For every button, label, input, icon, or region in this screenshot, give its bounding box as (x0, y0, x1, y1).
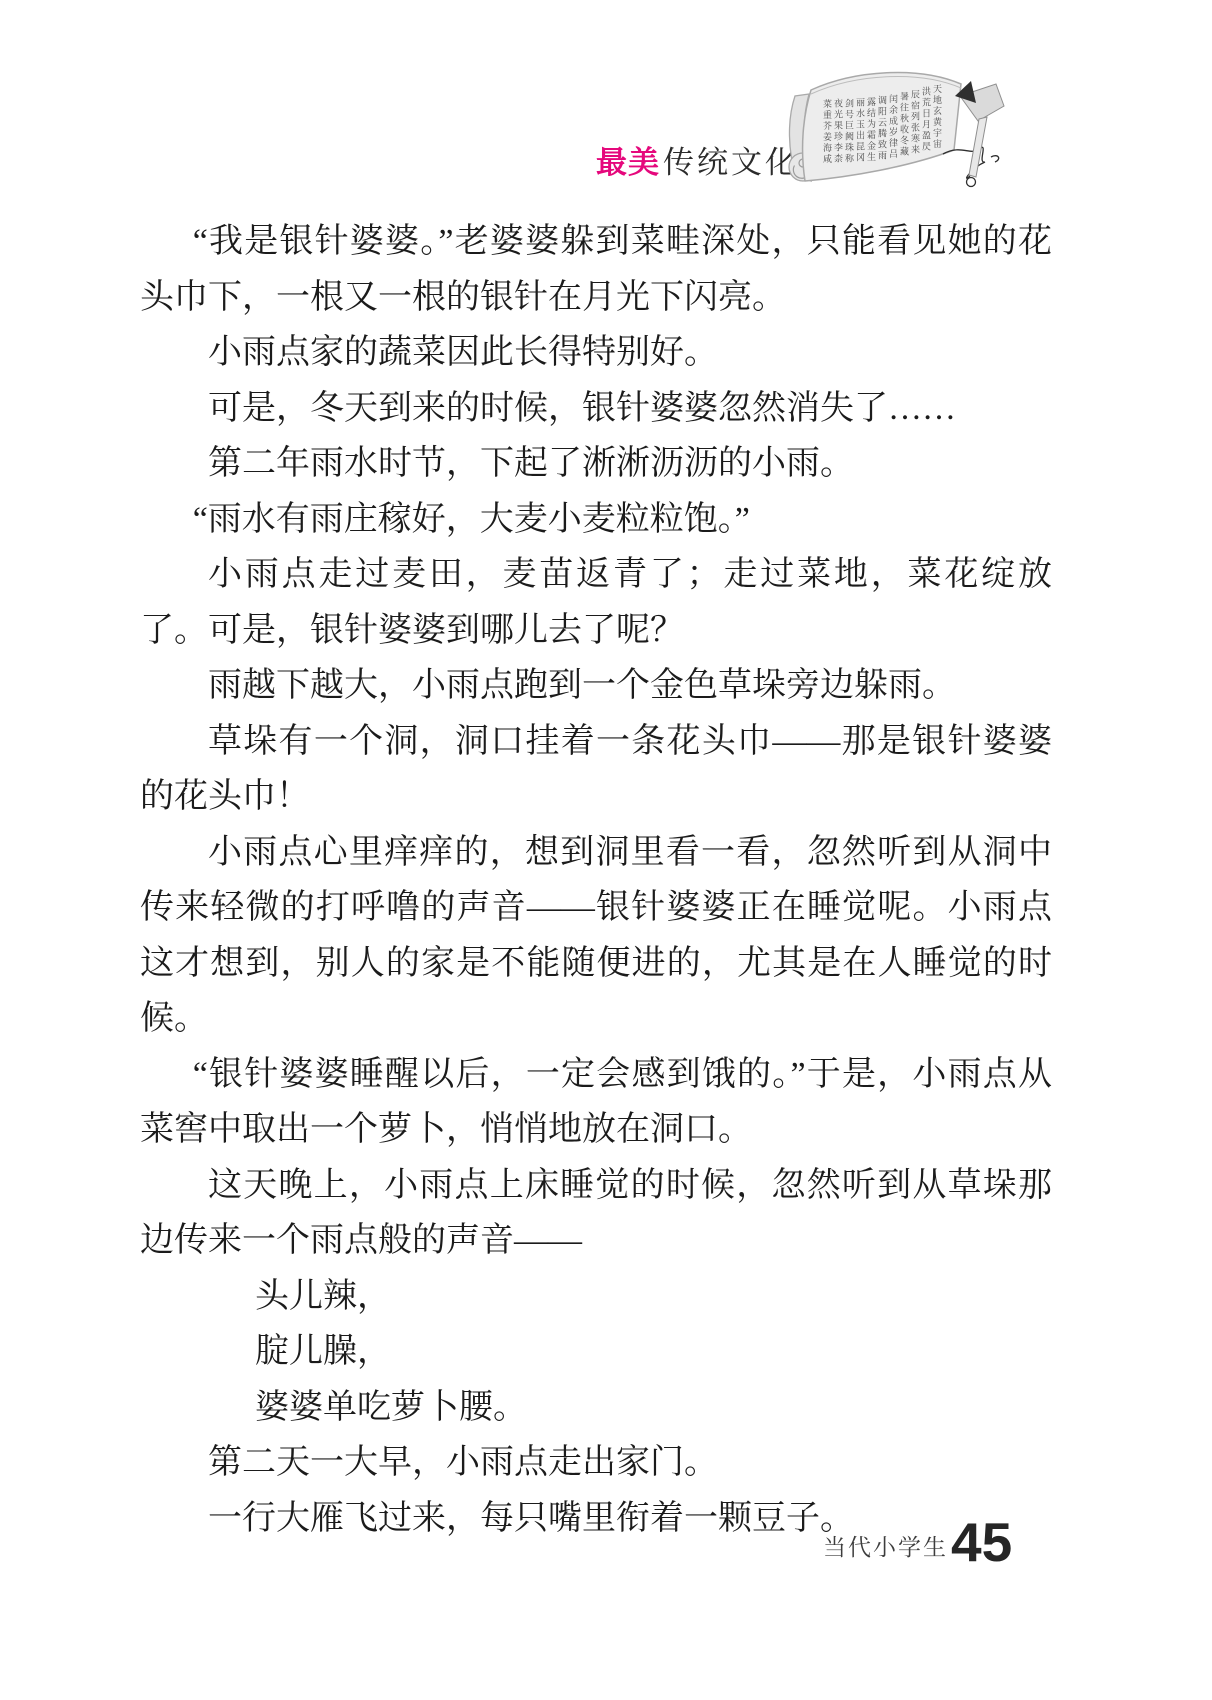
svg-text:云: 云 (878, 118, 887, 128)
svg-text:金: 金 (867, 140, 876, 151)
story-paragraph: 小雨点走过麦田，麦苗返青了；走过菜地，菜花绽放了。可是，银针婆婆到哪儿去了呢？ (140, 547, 1052, 658)
svg-text:昃: 昃 (922, 142, 931, 152)
verse-line: 婆婆单吃萝卜腰。 (255, 1380, 1052, 1436)
svg-text:玉: 玉 (856, 120, 865, 130)
svg-text:来: 来 (911, 143, 920, 154)
svg-text:日: 日 (922, 109, 931, 119)
svg-text:岁: 岁 (889, 126, 898, 137)
story-paragraph: 这天晚上，小雨点上床睡觉的时候，忽然听到从草垛那边传来一个雨点般的声音—— (140, 1158, 1052, 1269)
svg-text:宿: 宿 (911, 99, 920, 110)
svg-text:调: 调 (878, 96, 887, 106)
svg-text:荒: 荒 (922, 97, 931, 108)
story-paragraph: 草垛有一个洞，洞口挂着一条花头巾——那是银针婆婆的花头巾！ (140, 714, 1052, 825)
svg-text:吕: 吕 (889, 149, 898, 159)
magazine-name: 当代小学生 (823, 1536, 948, 1559)
svg-text:黄: 黄 (933, 116, 943, 127)
pen-shaft (969, 117, 987, 177)
svg-text:藏: 藏 (900, 146, 909, 157)
svg-text:雨: 雨 (878, 151, 887, 161)
verse-line: 腚儿臊， (255, 1324, 1052, 1380)
svg-text:月: 月 (922, 120, 931, 130)
svg-text:辰: 辰 (911, 89, 920, 99)
story-paragraph: 小雨点家的蔬菜因此长得特别好。 (140, 325, 1052, 381)
story-paragraph: 可是，冬天到来的时候，银针婆婆忽然消失了…… (140, 381, 1052, 437)
svg-text:结: 结 (867, 107, 876, 118)
svg-text:重: 重 (823, 109, 832, 120)
story-text: “我是银针婆婆。”老婆婆躲到菜畦深处，只能看见她的花头巾下，一根又一根的银针在月… (140, 214, 1052, 1546)
story-paragraph: “我是银针婆婆。”老婆婆躲到菜畦深处，只能看见她的花头巾下，一根又一根的银针在月… (140, 214, 1052, 325)
svg-text:海: 海 (823, 142, 832, 153)
svg-text:珍: 珍 (834, 131, 843, 142)
page-number: 45 (951, 1515, 1012, 1570)
story-paragraph: 小雨点心里痒痒的，想到洞里看一看，忽然听到从洞中传来轻微的打呼噜的声音——银针婆… (140, 825, 1052, 1047)
story-paragraph: 第二年雨水时节，下起了淅淅沥沥的小雨。 (140, 436, 1052, 492)
svg-text:李: 李 (834, 142, 843, 153)
story-paragraph: “银针婆婆睡醒以后，一定会感到饿的。”于是，小雨点从菜窖中取出一个萝卜，悄悄地放… (140, 1047, 1052, 1158)
svg-text:洪: 洪 (922, 86, 931, 97)
svg-text:剑: 剑 (845, 97, 854, 108)
svg-text:闰: 闰 (889, 93, 898, 104)
svg-text:地: 地 (933, 94, 942, 105)
svg-text:水: 水 (856, 108, 865, 119)
svg-text:出: 出 (856, 130, 865, 141)
svg-text:号: 号 (845, 109, 854, 119)
svg-text:宇: 宇 (933, 127, 942, 138)
svg-text:生: 生 (867, 151, 876, 162)
svg-text:姜: 姜 (823, 131, 832, 142)
calligraphy-scroll-icon: 天地玄黄宇宙洪荒日月盈昃辰宿列张寒来暑往秋收冬藏闰余成岁律吕调阳云腾致雨露结为霜… (733, 64, 1013, 199)
svg-text:果: 果 (834, 121, 843, 131)
svg-text:腾: 腾 (878, 129, 887, 139)
svg-text:张: 张 (911, 122, 920, 132)
svg-text:光: 光 (834, 109, 843, 120)
svg-text:夜: 夜 (834, 98, 843, 109)
svg-text:阙: 阙 (845, 130, 854, 141)
svg-text:丽: 丽 (856, 98, 865, 108)
svg-text:为: 为 (867, 118, 876, 129)
svg-text:冬: 冬 (900, 135, 909, 146)
svg-text:天: 天 (933, 84, 942, 94)
pen-loop (967, 178, 976, 187)
svg-text:余: 余 (889, 104, 898, 115)
magazine-page: 最美传统文化 天地玄黄宇宙洪荒日月盈昃辰宿列张寒来暑往秋收冬藏闰余成岁律吕调阳云… (0, 0, 1212, 1700)
svg-text:芥: 芥 (823, 120, 832, 131)
svg-text:律: 律 (889, 137, 898, 148)
svg-text:阳: 阳 (878, 107, 887, 117)
svg-text:寒: 寒 (911, 132, 920, 143)
svg-text:昆: 昆 (856, 142, 865, 152)
svg-text:柰: 柰 (834, 153, 843, 164)
svg-text:巨: 巨 (845, 120, 854, 130)
svg-text:称: 称 (845, 153, 855, 163)
svg-text:成: 成 (889, 115, 898, 126)
svg-text:咸: 咸 (823, 153, 832, 164)
svg-text:往: 往 (900, 102, 909, 113)
svg-text:玄: 玄 (933, 105, 942, 116)
svg-text:秋: 秋 (900, 113, 909, 124)
svg-text:暑: 暑 (900, 92, 909, 102)
svg-text:露: 露 (867, 97, 876, 107)
story-verse: 头儿辣， 腚儿臊， 婆婆单吃萝卜腰。 (140, 1269, 1052, 1436)
svg-text:宙: 宙 (933, 138, 942, 149)
svg-text:列: 列 (911, 110, 920, 121)
svg-text:霜: 霜 (867, 130, 876, 140)
svg-text:收: 收 (900, 124, 909, 135)
story-paragraph: 第二天一大早，小雨点走出家门。 (140, 1435, 1052, 1491)
story-paragraph: 雨越下越大，小雨点跑到一个金色草垛旁边躲雨。 (140, 658, 1052, 714)
verse-line: 头儿辣， (255, 1269, 1052, 1325)
svg-text:珠: 珠 (845, 141, 854, 152)
svg-text:菜: 菜 (823, 98, 832, 109)
title-highlight: 最美 (596, 145, 660, 180)
svg-text:盈: 盈 (922, 131, 931, 141)
story-paragraph: “雨水有雨庄稼好，大麦小麦粒粒饱。” (140, 492, 1052, 548)
svg-text:致: 致 (878, 139, 887, 150)
svg-text:冈: 冈 (856, 153, 865, 163)
pen-string-squiggle (991, 156, 999, 162)
